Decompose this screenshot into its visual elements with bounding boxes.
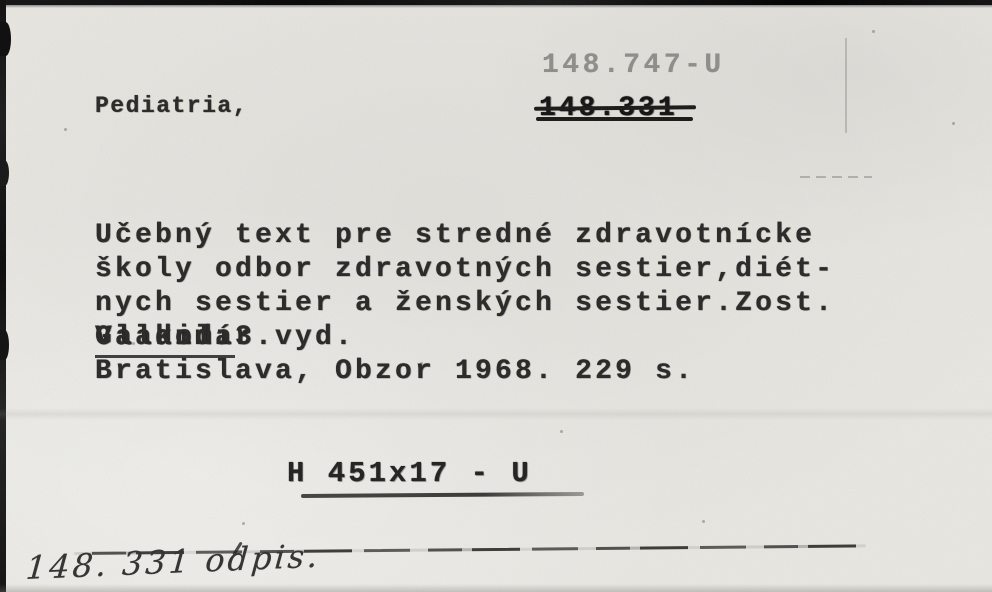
bibliographic-description: Učebný text pre stredné zdravotnícke ško… xyxy=(95,151,875,389)
scan-edge-blob xyxy=(0,160,9,186)
paper-speck xyxy=(64,128,67,131)
body-line-2: školy odbor zdravotných sestier,diét- xyxy=(95,253,835,287)
handwritten-note: 148. 331 odpis. xyxy=(24,537,322,588)
body-line-1: Učebný text pre stredné zdravotnícke xyxy=(95,219,815,253)
strikethrough-underline xyxy=(536,117,693,121)
subject-heading: Pediatria, xyxy=(95,93,248,119)
body-line-3: nych sestier a ženských sestier.Zost. xyxy=(95,287,835,321)
paper-speck xyxy=(560,430,563,433)
paper-speck xyxy=(132,342,135,345)
scan-edge-blob xyxy=(0,330,9,360)
scan-edge-blob xyxy=(0,22,11,56)
paper-speck xyxy=(952,122,955,125)
body-line-4-suffix: a kol.3.vyd. xyxy=(95,321,355,355)
call-number-current: 148.747-U xyxy=(542,50,725,81)
catalog-card-scan: 148.747-U 148.331 Pediatria, Učebný text… xyxy=(0,0,992,592)
shelf-mark: H 451x17 - U xyxy=(287,457,532,490)
paper-fold-mark xyxy=(845,38,847,133)
scan-edge-top-shadow xyxy=(0,5,992,8)
scan-edge-bottom-shade xyxy=(0,584,992,592)
body-line-5: Bratislava, Obzor 1968. 229 s. xyxy=(95,355,695,389)
paper-speck xyxy=(242,522,245,525)
shelf-mark-underline xyxy=(301,492,584,497)
faint-scratch-mark xyxy=(800,176,872,178)
paper-speck xyxy=(420,362,423,365)
scan-edge-left xyxy=(0,0,6,592)
paper-crease xyxy=(0,408,992,420)
paper-speck xyxy=(872,30,875,33)
paper-speck xyxy=(702,520,705,523)
